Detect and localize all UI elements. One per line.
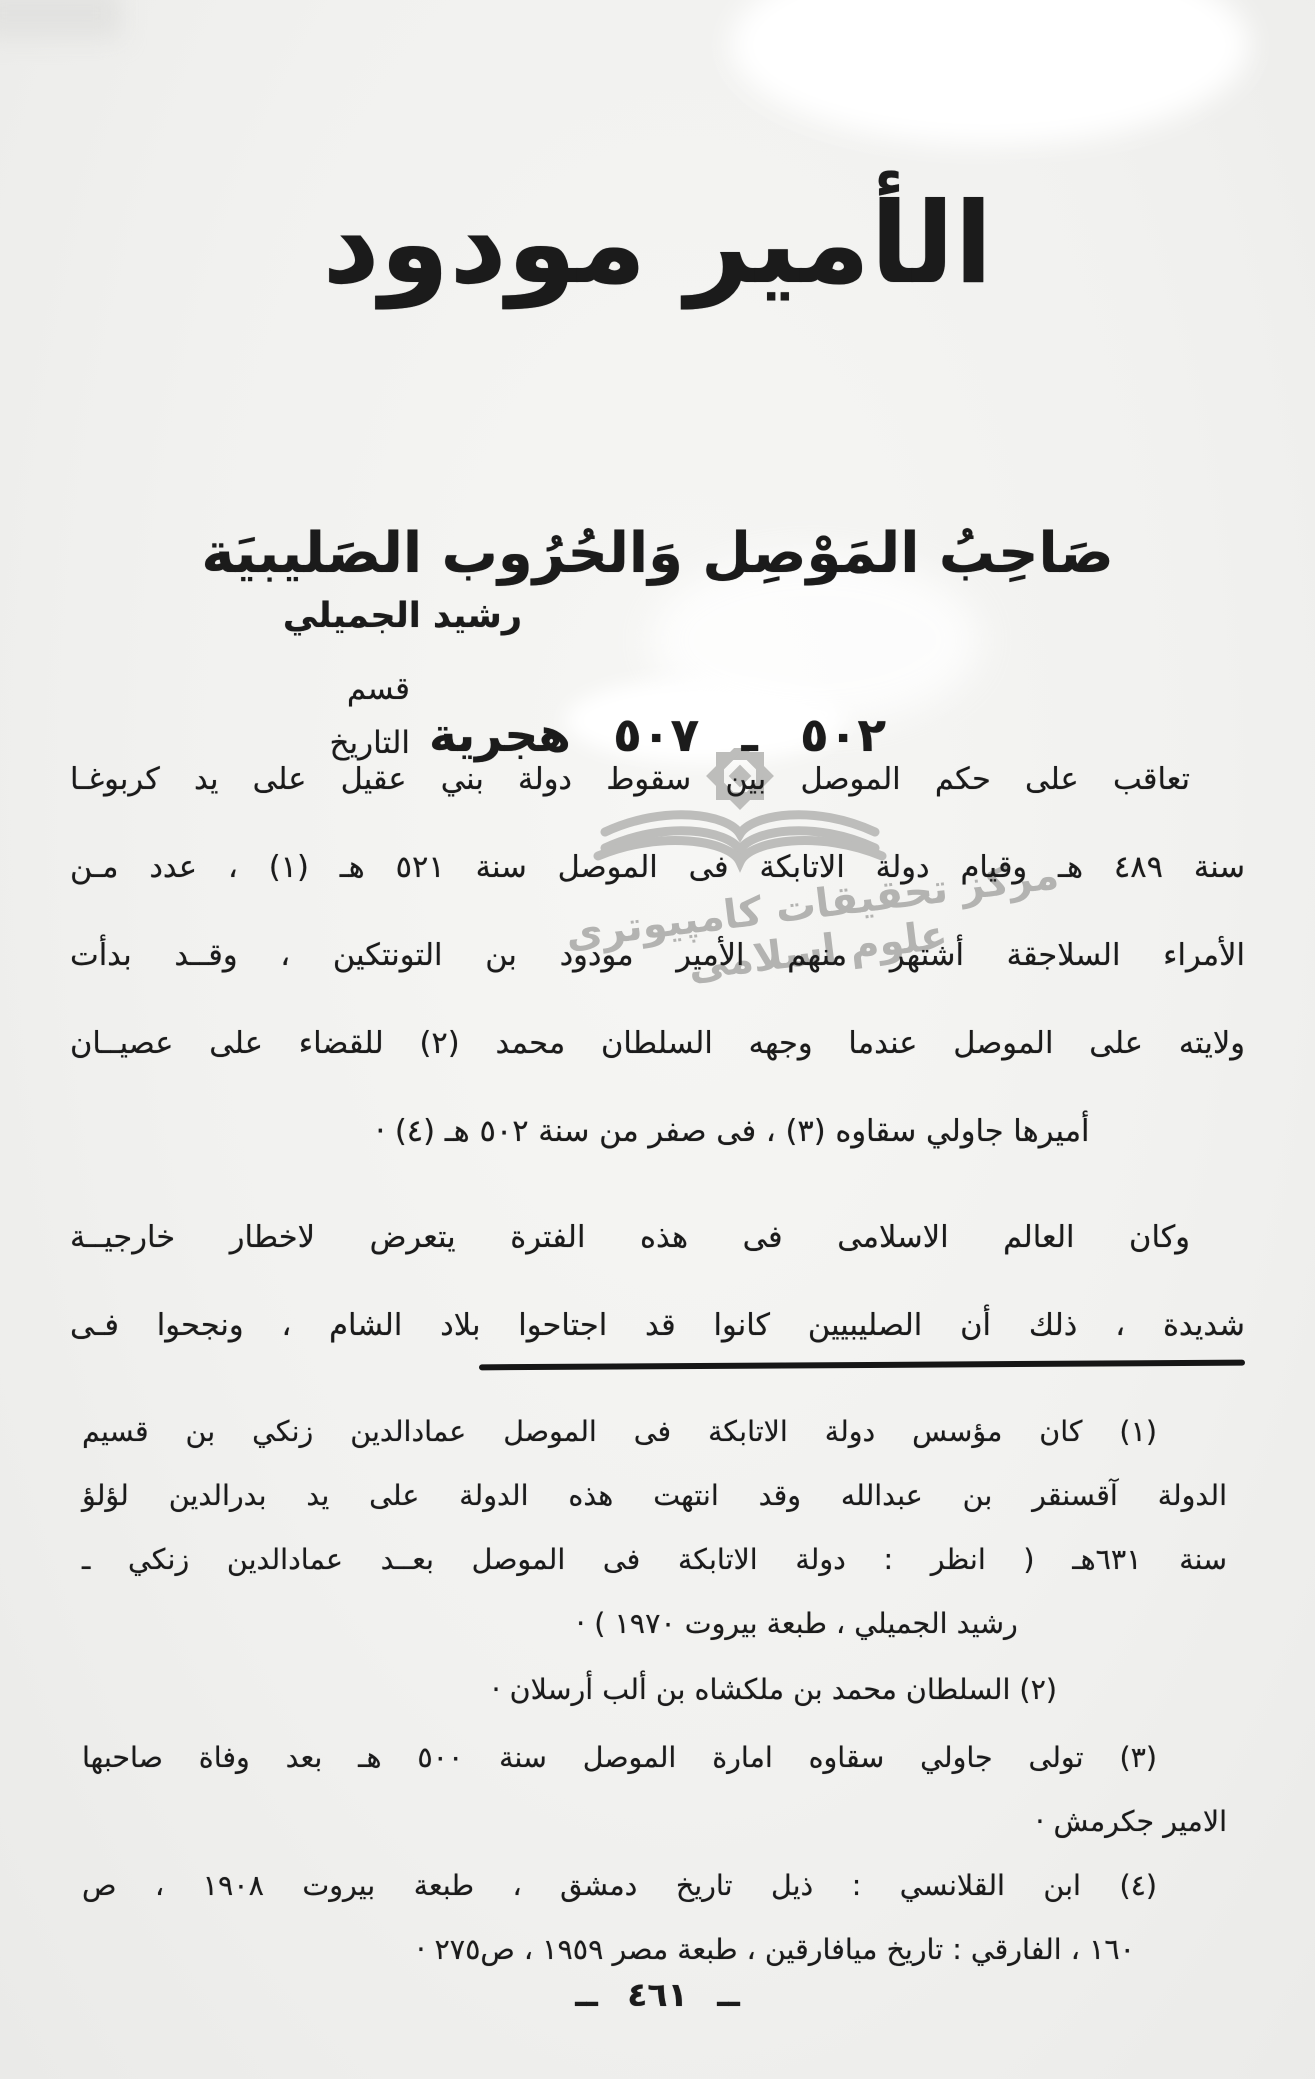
page-number: ــ ٤٦١ ــ (0, 1975, 1315, 2014)
document-header: الأمير مودود صَاحِبُ المَوْصِل وَالحُرُو… (0, 16, 1315, 788)
footnote-line: (٢) السلطان محمد بن ملكشاه بن ألب أرسلان… (82, 1658, 1227, 1722)
footnote-line: (٣) تولى جاولي سقاوه امارة الموصل سنة ٥٠… (82, 1726, 1227, 1790)
article-body: تعاقب على حكم الموصل بين سقوط دولة بني ع… (70, 736, 1245, 1370)
body-line: وكان العالم الاسلامى فى هذه الفترة يتعرض… (70, 1194, 1245, 1282)
footnote-3: (٣) تولى جاولي سقاوه امارة الموصل سنة ٥٠… (82, 1726, 1227, 1854)
paragraph: وكان العالم الاسلامى فى هذه الفترة يتعرض… (70, 1194, 1245, 1370)
body-line: أميرها جاولي سقاوه (٣) ، فى صفر من سنة ٥… (70, 1088, 1245, 1176)
footnote-line: الامير جكرمش · (82, 1790, 1227, 1854)
body-line: سنة ٤٨٩ هـ وقيام دولة الاتابكة فى الموصل… (70, 824, 1245, 912)
footnote-2: (٢) السلطان محمد بن ملكشاه بن ألب أرسلان… (82, 1658, 1227, 1722)
footnotes-section: (١) كان مؤسس دولة الاتابكة فى الموصل عما… (82, 1400, 1227, 1982)
footnote-line: سنة ٦٣١هـ ( انظر : دولة الاتابكة فى المو… (82, 1528, 1227, 1592)
page-subtitle: صَاحِبُ المَوْصِل وَالحُرُوب الصَليبيَة (0, 471, 1315, 636)
body-line: ولايته على الموصل عندما وجهه السلطان محم… (70, 1000, 1245, 1088)
paragraph: تعاقب على حكم الموصل بين سقوط دولة بني ع… (70, 736, 1245, 1176)
footnote-1: (١) كان مؤسس دولة الاتابكة فى الموصل عما… (82, 1400, 1227, 1656)
page-title: الأمير مودود (0, 91, 1315, 396)
footnote-line: الدولة آقسنقر بن عبدالله وقد انتهت هذه ا… (82, 1464, 1227, 1528)
scanned-document-page: مرکز تحقیقات کامپیوتری علوم اسلامی الأمي… (0, 0, 1315, 2079)
footnote-4: (٤) ابن القلانسي : ذيل تاريخ دمشق ، طبعة… (82, 1854, 1227, 1982)
footnote-line: (٤) ابن القلانسي : ذيل تاريخ دمشق ، طبعة… (82, 1854, 1227, 1918)
footnote-line: رشيد الجميلي ، طبعة بيروت ١٩٧٠ ) · (82, 1592, 1227, 1656)
body-line: تعاقب على حكم الموصل بين سقوط دولة بني ع… (70, 736, 1245, 824)
footnote-line: (١) كان مؤسس دولة الاتابكة فى الموصل عما… (82, 1400, 1227, 1464)
footnote-line: ١٦٠ ، الفارقي : تاريخ ميافارقين ، طبعة م… (82, 1918, 1227, 1982)
body-line: الأمراء السلاجقة أشتهر منهم الأمير مودود… (70, 912, 1245, 1000)
body-line: شديدة ، ذلك أن الصليبيين كانوا قد اجتاحو… (70, 1282, 1245, 1370)
author-name: رشيد الجميلي (258, 586, 522, 646)
